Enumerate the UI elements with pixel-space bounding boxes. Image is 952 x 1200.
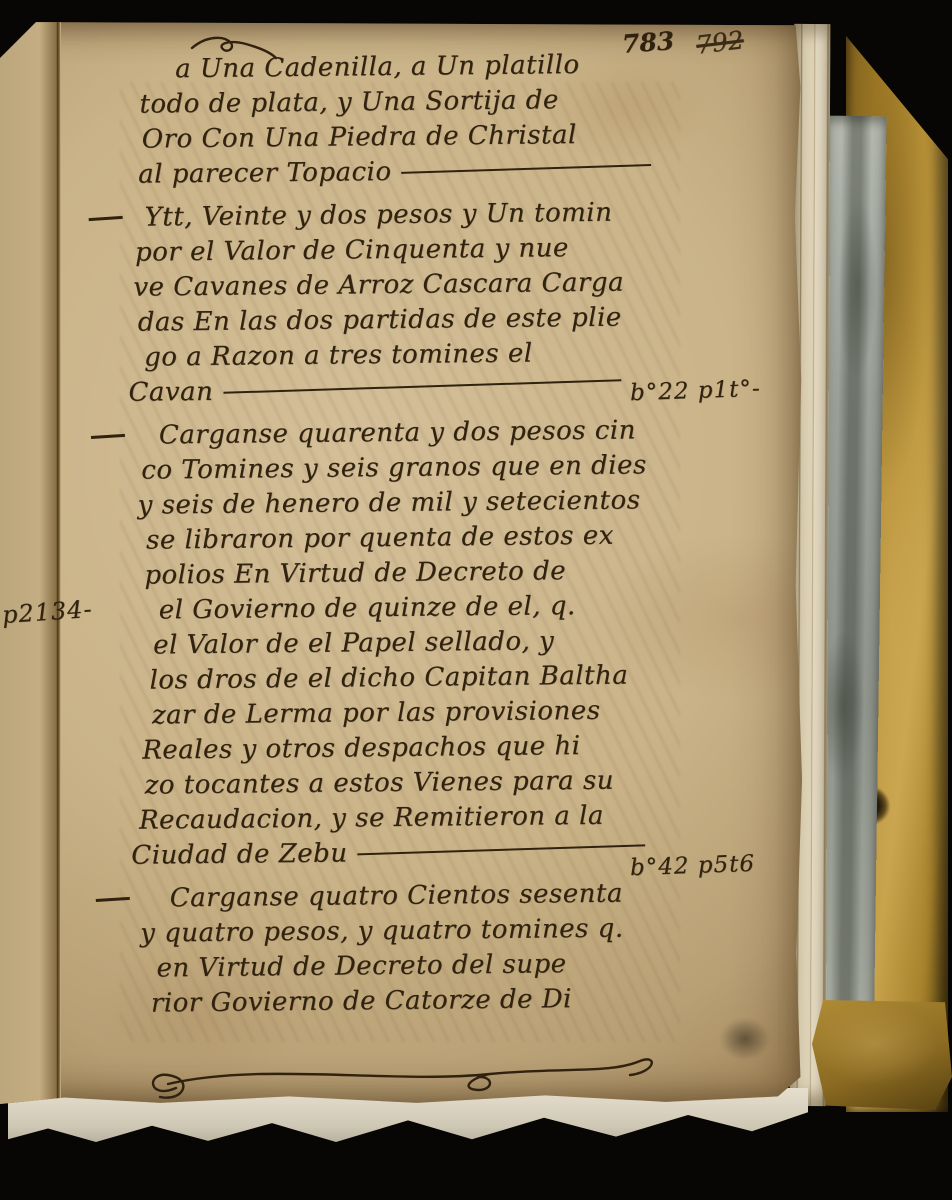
- manuscript-line: Oro Con Una Piedra de Christal: [142, 117, 648, 157]
- manuscript-line: co Tomines y seis granos que en dies: [141, 448, 651, 488]
- manuscript-line: y seis de henero de mil y setecientos: [138, 483, 652, 523]
- manuscript-line: polios En Virtud de Decreto de: [144, 553, 652, 593]
- manuscript-line: y quatro pesos, y quatro tomines q.: [140, 911, 656, 951]
- vellum-fold: [812, 1000, 952, 1110]
- flourish-bottom-icon: [142, 1044, 666, 1106]
- filler-rule: [357, 844, 645, 855]
- flourish-top-icon: [186, 32, 278, 62]
- manuscript-line: das En las dos partidas de este plie: [138, 300, 650, 340]
- manuscript-line: —Ytt, Veinte y dos pesos y Un tomin: [144, 195, 648, 235]
- manuscript-line: go a Razon a tres tomines el: [144, 335, 650, 375]
- manuscript-line: se libraron por quenta de estos ex: [146, 518, 652, 558]
- manuscript-line: ve Cavanes de Arroz Cascara Carga: [133, 265, 649, 305]
- margin-amount: b°42 p5t6: [630, 851, 756, 881]
- manuscript-line: por el Valor de Cinquenta y nue: [135, 230, 649, 270]
- gutter-shade: [0, 22, 58, 1104]
- manuscript-line: Reales y otros despachos que hi: [142, 728, 654, 768]
- manuscript-line: zar de Lerma por las provisiones: [152, 693, 654, 733]
- manuscript-line: rior Govierno de Catorze de Di: [151, 981, 657, 1021]
- manuscript-line: —Carganse quatro Cientos sesenta: [170, 876, 656, 916]
- manuscript-page: 783 792 a Una Cadenilla, a Un platillo t…: [0, 22, 802, 1104]
- manuscript-line: el Govierno de quinze de el, q.: [159, 588, 653, 628]
- manuscript-photo: 783 792 a Una Cadenilla, a Un platillo t…: [0, 0, 952, 1200]
- manuscript-line: todo de plata, y Una Sortija de: [139, 82, 647, 122]
- manuscript-line: Recaudacion, y se Remitieron a la: [139, 798, 655, 838]
- folio-number-crossed-out: 792: [695, 25, 746, 60]
- manuscript-line: el Valor de el Papel sellado, y: [153, 623, 653, 663]
- page-crease: [57, 22, 61, 1104]
- ledger-entry: a Una Cadenilla, a Un platillo todo de p…: [131, 47, 648, 192]
- manuscript-line: —Carganse quarenta y dos pesos cin: [159, 413, 651, 453]
- manuscript-text: a Una Cadenilla, a Un platillo todo de p…: [131, 47, 657, 1021]
- filler-rule: [223, 379, 621, 394]
- photo-backdrop-top: [0, 0, 952, 16]
- manuscript-line: en Virtud de Decreto del supe: [156, 946, 656, 986]
- margin-amount: b°22 p1t°-: [630, 376, 761, 407]
- entry-dash: —: [89, 216, 123, 221]
- ledger-entry: —Carganse quarenta y dos pesos cin co To…: [135, 413, 656, 873]
- manuscript-line: zo tocantes a estos Vienes para su: [144, 763, 654, 803]
- manuscript-line: Cavan: [128, 370, 650, 410]
- manuscript-line: Ciudad de Zebu: [131, 833, 655, 873]
- ledger-entry: —Ytt, Veinte y dos pesos y Un tomin por …: [132, 195, 650, 410]
- manuscript-line: al parecer Topacio: [138, 152, 648, 192]
- filler-rule: [402, 164, 652, 174]
- ledger-entry: —Carganse quatro Cientos sesenta y quatr…: [140, 876, 657, 1021]
- manuscript-line: los dros de el dicho Capitan Baltha: [149, 658, 653, 698]
- ink-smudge: [720, 1018, 770, 1060]
